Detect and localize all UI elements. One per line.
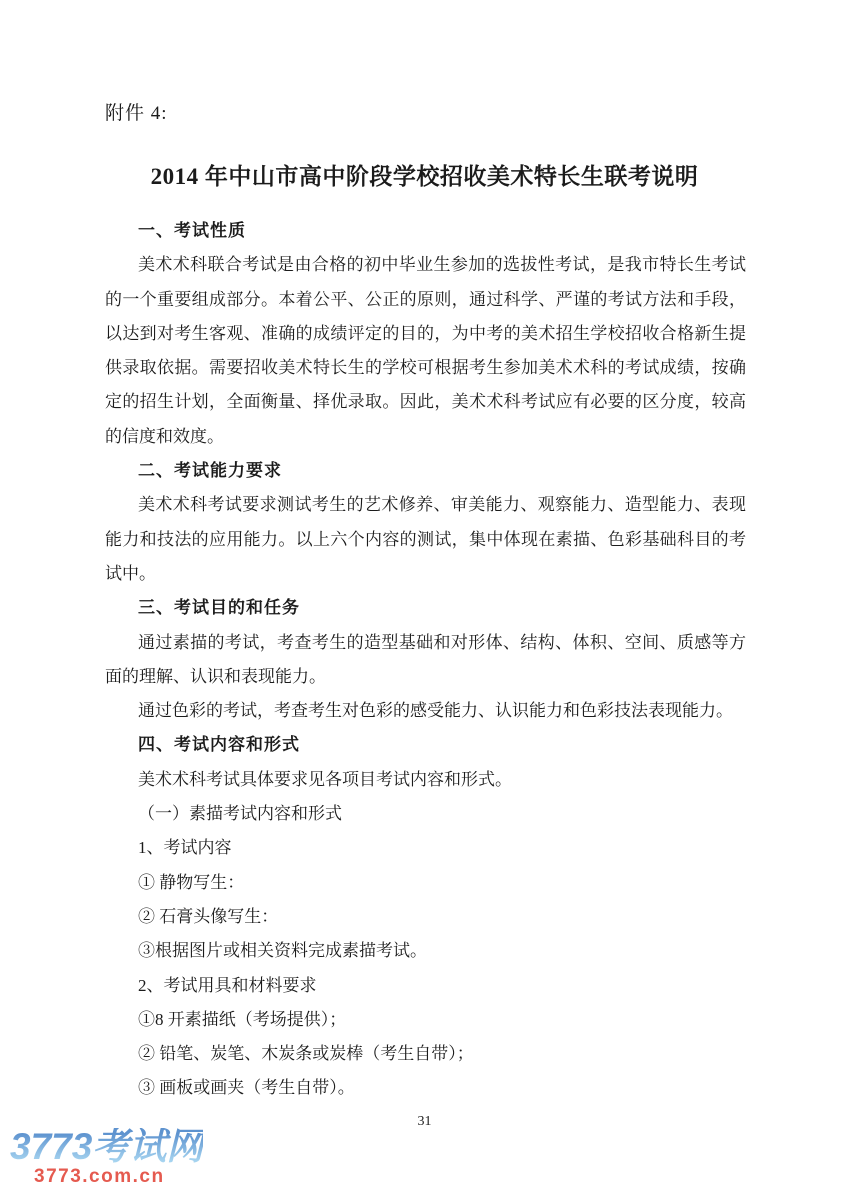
document-line: 美术术科联合考试是由合格的初中毕业生参加的选拔性考试，是我市特长生考试 bbox=[105, 248, 746, 282]
document-line: 面的理解、认识和表现能力。 bbox=[105, 660, 746, 694]
document-line: 通过素描的考试，考查考生的造型基础和对形体、结构、体积、空间、质感等方 bbox=[105, 626, 746, 660]
document-line: 三、考试目的和任务 bbox=[105, 591, 746, 625]
watermark: 3773考试网 3773.com.cn bbox=[10, 1128, 210, 1186]
document-line: 2、考试用具和材料要求 bbox=[105, 969, 746, 1003]
document-line: ② 铅笔、炭笔、木炭条或炭棒（考生自带）； bbox=[105, 1037, 746, 1071]
document-line: 供录取依据。需要招收美术特长生的学校可根据考生参加美术术科的考试成绩，按确 bbox=[105, 351, 746, 385]
document-line: 定的招生计划，全面衡量、择优录取。因此，美术术科考试应有必要的区分度，较高 bbox=[105, 385, 746, 419]
document-line: 能力和技法的应用能力。以上六个内容的测试，集中体现在素描、色彩基础科目的考 bbox=[105, 523, 746, 557]
document-line: 的一个重要组成部分。本着公平、公正的原则，通过科学、严谨的考试方法和手段， bbox=[105, 283, 746, 317]
watermark-site-name: 3773考试网 bbox=[10, 1128, 203, 1165]
document-line: ② 石膏头像写生： bbox=[105, 900, 746, 934]
document-line: 的信度和效度。 bbox=[105, 420, 746, 454]
document-line: 试中。 bbox=[105, 557, 746, 591]
attachment-label: 附件 4: bbox=[105, 98, 168, 125]
document-body: 一、考试性质美术术科联合考试是由合格的初中毕业生参加的选拔性考试，是我市特长生考… bbox=[105, 214, 746, 1106]
document-line: 1、考试内容 bbox=[105, 831, 746, 865]
document-line: ③ 画板或画夹（考生自带）。 bbox=[105, 1071, 746, 1105]
document-line: （一）素描考试内容和形式 bbox=[105, 797, 746, 831]
document-line: ①8 开素描纸（考场提供）； bbox=[105, 1003, 746, 1037]
document-line: 二、考试能力要求 bbox=[105, 454, 746, 488]
document-line: 一、考试性质 bbox=[105, 214, 746, 248]
document-line: 以达到对考生客观、准确的成绩评定的目的，为中考的美术招生学校招收合格新生提 bbox=[105, 317, 746, 351]
watermark-site-url: 3773.com.cn bbox=[34, 1167, 210, 1186]
document-line: 美术术科考试要求测试考生的艺术修养、审美能力、观察能力、造型能力、表现 bbox=[105, 488, 746, 522]
document-line: 四、考试内容和形式 bbox=[105, 728, 746, 762]
document-title: 2014 年中山市高中阶段学校招收美术特长生联考说明 bbox=[0, 158, 849, 191]
document-line: ① 静物写生： bbox=[105, 866, 746, 900]
document-line: ③根据图片或相关资料完成素描考试。 bbox=[105, 934, 746, 968]
document-line: 通过色彩的考试，考查考生对色彩的感受能力、认识能力和色彩技法表现能力。 bbox=[105, 694, 746, 728]
document-line: 美术术科考试具体要求见各项目考试内容和形式。 bbox=[105, 763, 746, 797]
document-page: 附件 4: 2014 年中山市高中阶段学校招收美术特长生联考说明 一、考试性质美… bbox=[0, 0, 849, 1200]
